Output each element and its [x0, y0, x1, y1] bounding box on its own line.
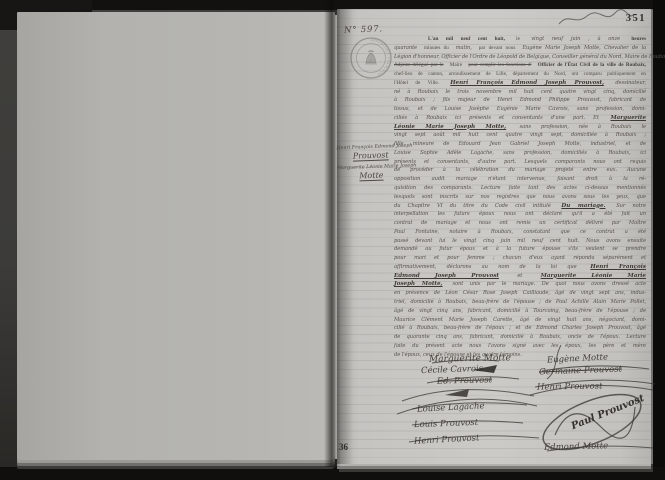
signature: Cécile Cavrois	[421, 364, 483, 376]
signature: Edmond Motte	[544, 441, 608, 453]
body-line: ciliés à Roubaix ici présents et consent…	[394, 104, 646, 113]
body-line: opposition audit mariage n'étant interve…	[394, 165, 646, 174]
svg-text:2: 2	[370, 58, 372, 63]
body-line: affirmativement, déclarons au nom de la …	[394, 253, 646, 262]
body-line: Léonie Marie Joseph Motte, sans professi…	[394, 113, 646, 122]
body-line: tissus, et de Louise Josèphe Eugénie Mar…	[394, 95, 646, 104]
signature: Louise Lagache	[417, 401, 485, 415]
register-right-page: 351 N° 597. RÉPUBLIQUE FRANÇAISE 2 Henri…	[337, 9, 651, 464]
body-line: chef-lieu de canton, arrondissement de L…	[394, 60, 646, 69]
signature: Louis Prouvost	[414, 418, 478, 430]
body-line: de procéder à la célébration du mariage …	[394, 156, 646, 165]
body-line: âgé de vingt cinq ans, fabricant, domici…	[394, 297, 646, 306]
body-line: triel, domicilié à Roubaix, beau-frère d…	[394, 288, 646, 297]
signature: Paul Prouvost	[570, 393, 646, 432]
scan-bottom-band	[0, 467, 665, 480]
body-line: Paul Fontaine, notaire à Roubaix, consta…	[394, 218, 646, 227]
body-line: Louise Sophie Adèle Lagache, sans profes…	[394, 139, 646, 148]
body-line: lesquels sont inscrits sur nos registres…	[394, 183, 646, 192]
register-left-blank-page	[17, 12, 335, 460]
body-line: vingt sept août mil huit cent quatre vin…	[394, 121, 646, 130]
signature: Marguerite Motte	[429, 353, 511, 364]
body-line: L'an mil neuf cent huit, le vingt neuf j…	[394, 25, 646, 34]
body-text: L'an mil neuf cent huit, le vingt neuf j…	[394, 25, 646, 349]
body-line: fille mineure de Edouard Jean Gabriel Jo…	[394, 130, 646, 139]
signature: Eugène Motte	[547, 352, 608, 365]
act-number: N° 597.	[344, 24, 383, 35]
body-line: quarante minutes du matin, par devant no…	[394, 34, 646, 43]
body-line: Légion d'honneur, Officier de l'Ordre de…	[394, 43, 646, 52]
body-line: contrat de mariage et nous ont remis un …	[394, 209, 646, 218]
body-line: quisition des comparants. Lecture faite …	[394, 174, 646, 183]
republique-francaise-seal-icon: RÉPUBLIQUE FRANÇAISE 2	[348, 35, 394, 81]
sheet-number: 36	[339, 442, 348, 452]
body-line: Adjoint délégué par le Maire pour rempli…	[394, 51, 646, 60]
body-line: du Chapitre VI du titre du Code civil in…	[394, 192, 646, 201]
body-line: à Roubaix ; fils majeur de Henri Edmond …	[394, 86, 646, 95]
signature: Ed. Prouvost	[437, 375, 492, 386]
body-line: demandé au futur époux et à la future ép…	[394, 235, 646, 244]
body-line: Maurice Clément Marie Joseph Carette, âg…	[394, 306, 646, 315]
signature: Henri Prouvost	[414, 433, 480, 446]
body-line: interpellation les futurs époux nous ont…	[394, 200, 646, 209]
body-line: de quarante cinq ans, fabricant, domicil…	[394, 323, 646, 332]
body-line: cilié à Roubaix, beau-frère de l'époux ;…	[394, 314, 646, 323]
body-line: faite du présent acte nous l'avons signé…	[394, 332, 646, 341]
body-line: passé devant lui le vingt cinq juin mil …	[394, 227, 646, 236]
body-line: pour mari et pour femme ; chacun d'eux a…	[394, 244, 646, 253]
body-line: Joseph Motte, sont unis par le mariage. …	[394, 270, 646, 279]
scan-right-band	[653, 0, 665, 480]
signature: Germaine Prouvost	[539, 365, 622, 378]
body-line: Edmond Joseph Prouvost et Marguerite Léo…	[394, 262, 646, 271]
body-line: présents et consentants, d'autre part. L…	[394, 148, 646, 157]
signature: Henri Prouvost	[537, 381, 603, 392]
body-line: en présence de Léon César Rose Joseph Ca…	[394, 279, 646, 288]
body-line: né à Roubaix le trois novembre mil huit …	[394, 78, 646, 87]
body-line: l'Hôtel de Ville. Henri François Edmond …	[394, 69, 646, 78]
